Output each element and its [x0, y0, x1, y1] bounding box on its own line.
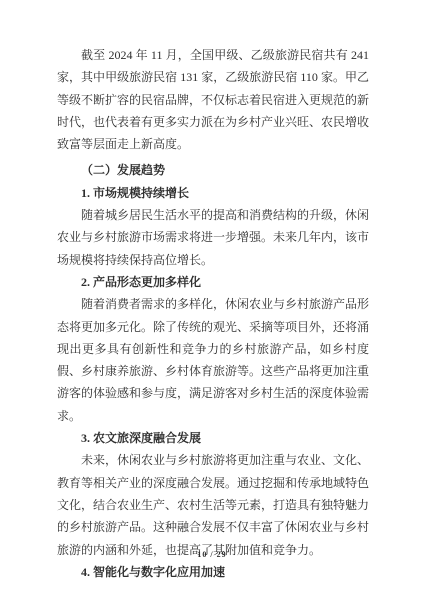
section-heading-development-trends: （二）发展趋势	[57, 159, 369, 181]
paragraph-minsu-stats: 截至 2024 年 11 月，全国甲级、乙级旅游民宿共有 241 家，其中甲级旅…	[57, 44, 369, 155]
page-number: 10 / 29	[197, 550, 226, 559]
document-page: 截至 2024 年 11 月，全国甲级、乙级旅游民宿共有 241 家，其中甲级旅…	[0, 0, 424, 600]
paragraph-product-diversification: 随着消费者需求的多样化，休闲农业与乡村旅游产品形态将更加多元化。除了传统的观光、…	[57, 293, 369, 427]
paragraph-market-scale-growth: 随着城乡居民生活水平的提高和消费结构的升级，休闲农业与乡村旅游市场需求将进一步增…	[57, 204, 369, 271]
paragraph-agri-culture-tourism-integration: 未来，休闲农业与乡村旅游将更加注重与农业、文化、教育等相关产业的深度融合发展。通…	[57, 449, 369, 560]
page-content: 截至 2024 年 11 月，全国甲级、乙级旅游民宿共有 241 家，其中甲级旅…	[57, 44, 369, 583]
subheading-digitalization-acceleration: 4. 智能化与数字化应用加速	[57, 561, 369, 583]
subheading-agri-culture-tourism-integration: 3. 农文旅深度融合发展	[57, 427, 369, 449]
subheading-market-scale-growth: 1. 市场规模持续增长	[57, 182, 369, 204]
subheading-product-diversification: 2. 产品形态更加多样化	[57, 271, 369, 293]
page-footer: 10 / 29	[0, 550, 424, 559]
